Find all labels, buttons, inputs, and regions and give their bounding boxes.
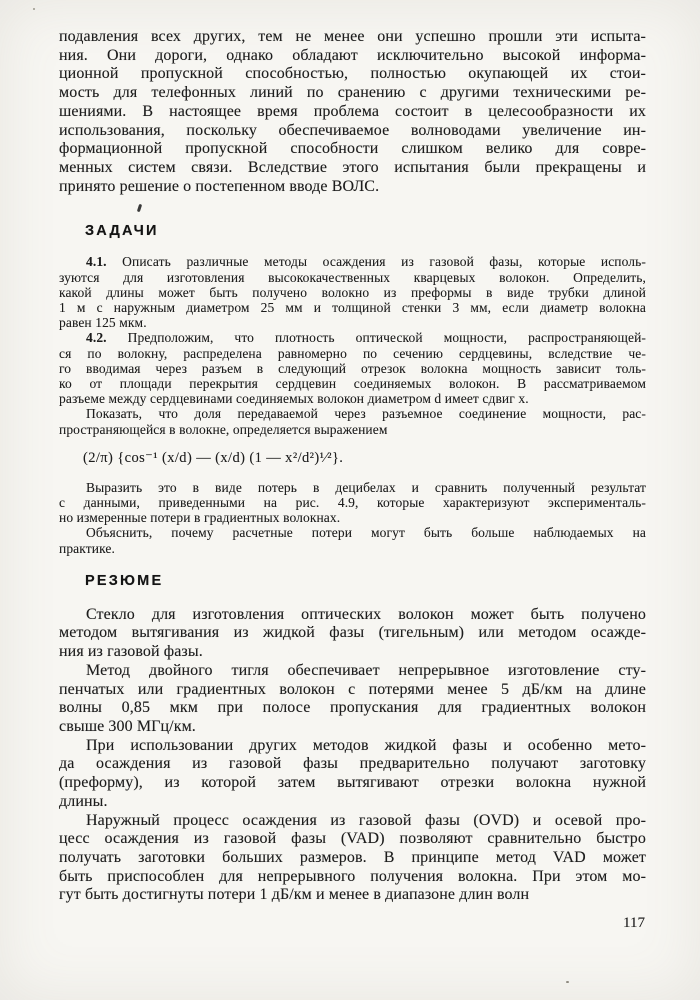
text-line: ния. Они дороги, однако обладают исключи… bbox=[59, 47, 646, 66]
summary-section-heading: РЕЗЮМЕ bbox=[59, 572, 646, 590]
text-line: гут быть достигнуты потери 1 дБ/км и мен… bbox=[59, 886, 646, 905]
problem-4-2-paragraph: 4.2. Предположим, что плотность оптическ… bbox=[59, 330, 646, 406]
text-line: использования, поскольку обеспечиваемое … bbox=[59, 122, 646, 141]
text-line: 4.1. Описать различные методы осаждения … bbox=[59, 254, 646, 269]
text-line: длины. bbox=[59, 793, 646, 812]
text-line: Метод двойного тигля обеспечивает непрер… bbox=[59, 662, 646, 681]
problem-show-paragraph: Показать, что доля передаваемой через ра… bbox=[59, 406, 646, 436]
scanned-book-page: подавления всех других, тем не менее они… bbox=[0, 0, 700, 1000]
text-line: 4.2. Предположим, что плотность оптическ… bbox=[59, 330, 646, 345]
summary-liquid-phase-paragraph: При использовании других методов жидкой … bbox=[59, 737, 646, 812]
text-column: подавления всех других, тем не менее они… bbox=[59, 0, 646, 932]
text-line: волны 0,85 мкм при полосе пропускания дл… bbox=[59, 699, 646, 718]
text-line: ционной пропускной способностью, полност… bbox=[59, 65, 646, 84]
text-line: формационной пропускной способности слиш… bbox=[59, 140, 646, 159]
text-line: практике. bbox=[59, 541, 646, 556]
text-line: При использовании других методов жидкой … bbox=[59, 737, 646, 756]
text-line: зуются для изготовления высококачественн… bbox=[59, 270, 646, 285]
text-line: какой длины может быть получено волокно … bbox=[59, 285, 646, 300]
scan-speck bbox=[33, 8, 35, 10]
problem-4-1-paragraph: 4.1. Описать различные методы осаждения … bbox=[59, 254, 646, 330]
text-line: разъеме между сердцевинами соединяемых в… bbox=[59, 391, 646, 406]
text-line: ния из газовой фазы. bbox=[59, 643, 646, 662]
text-line: свыше 300 МГц/км. bbox=[59, 718, 646, 737]
summary-glass-paragraph: Стекло для изготовления оптических волок… bbox=[59, 606, 646, 662]
text-line: принято решение о постепенном вводе ВОЛС… bbox=[59, 178, 646, 197]
text-line: Наружный процесс осаждения из газовой фа… bbox=[59, 812, 646, 831]
summary-double-crucible-paragraph: Метод двойного тигля обеспечивает непрер… bbox=[59, 662, 646, 737]
text-line: цесс осаждения из газовой фазы (VAD) поз… bbox=[59, 830, 646, 849]
express-losses-paragraph: Выразить это в виде потерь в децибелах и… bbox=[59, 480, 646, 526]
scan-speck bbox=[566, 981, 569, 983]
text-line: ко от площади перекрытия сердцевин соеди… bbox=[59, 376, 646, 391]
text-line: получать заготовки больших размеров. В п… bbox=[59, 849, 646, 868]
page-number: 117 bbox=[59, 914, 646, 932]
text-line: равен 125 мкм. bbox=[59, 315, 646, 330]
text-line: пенчатых или градиентных волокон с потер… bbox=[59, 681, 646, 700]
text-line: быть приспособлен для непрерывного получ… bbox=[59, 868, 646, 887]
text-line: 1 м с наружным диаметром 25 мм и толщино… bbox=[59, 300, 646, 315]
power-fraction-formula: (2/π) {cos⁻¹ (x/d) — (x/d) (1 — x²/d²)¹⁄… bbox=[59, 450, 646, 467]
intro-paragraph: подавления всех других, тем не менее они… bbox=[59, 28, 646, 196]
text-line: мость для телефонных линий по сранению с… bbox=[59, 84, 646, 103]
explain-losses-paragraph: Объяснить, почему расчетные потери могут… bbox=[59, 525, 646, 555]
text-line: Показать, что доля передаваемой через ра… bbox=[59, 406, 646, 421]
text-line: (преформу), из которой затем вытягивают … bbox=[59, 774, 646, 793]
text-line: с данными, приведенными на рис. 4.9, кот… bbox=[59, 495, 646, 510]
text-line: да осаждения из газовой фазы предварител… bbox=[59, 755, 646, 774]
text-line: пространяющейся в волокне, определяется … bbox=[59, 422, 646, 437]
tasks-section-heading: ЗАДАЧИ bbox=[59, 222, 646, 240]
text-line: методом вытягивания из жидкой фазы (тиге… bbox=[59, 624, 646, 643]
summary-ovd-vad-paragraph: Наружный процесс осаждения из газовой фа… bbox=[59, 812, 646, 906]
text-line: шениями. В настоящее время проблема сост… bbox=[59, 103, 646, 122]
text-line: Стекло для изготовления оптических волок… bbox=[59, 606, 646, 625]
text-line: го вводимая через разъем в следующий отр… bbox=[59, 361, 646, 376]
text-line: ся по волокну, распределена равномерно п… bbox=[59, 346, 646, 361]
text-line: Выразить это в виде потерь в децибелах и… bbox=[59, 480, 646, 495]
text-line: подавления всех других, тем не менее они… bbox=[59, 28, 646, 47]
text-line: менных систем связи. Вследствие этого ис… bbox=[59, 159, 646, 178]
text-line: но измеренные потери в градиентных волок… bbox=[59, 510, 646, 525]
text-line: Объяснить, почему расчетные потери могут… bbox=[59, 525, 646, 540]
